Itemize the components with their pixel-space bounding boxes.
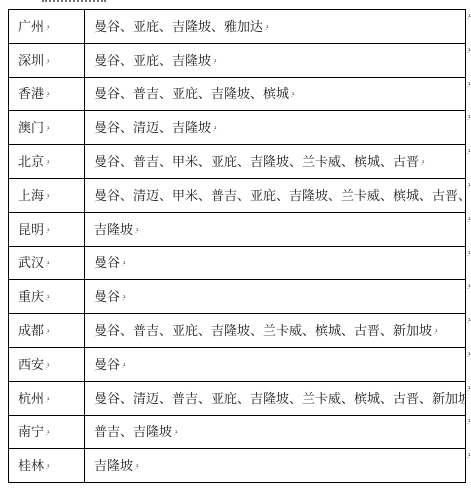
row-end-paragraph-mark-icon: .¹ (467, 284, 469, 291)
row-end-paragraph-mark-icon: .¹ (467, 217, 469, 224)
paragraph-mark-icon: .¹ (213, 126, 215, 133)
paragraph-mark-icon: .¹ (46, 329, 48, 336)
table-row: 上海.¹曼谷、清迈、甲米、普吉、亚庇、吉隆坡、兰卡威、槟城、古晋、新加坡.¹ (9, 178, 466, 212)
paragraph-mark-icon: .¹ (122, 363, 124, 370)
city-label: 北京 (18, 154, 44, 169)
city-label: 上海 (18, 188, 44, 203)
destinations-cell: 普吉、吉隆坡.¹ (85, 415, 466, 449)
destinations-text: 曼谷 (94, 255, 120, 270)
city-cell: 南宁.¹ (9, 415, 85, 449)
paragraph-mark-icon: .¹ (46, 363, 48, 370)
table-row: 重庆.¹曼谷.¹ (9, 280, 466, 314)
paragraph-mark-icon: .¹ (213, 59, 215, 66)
city-label: 桂林 (18, 458, 44, 473)
paragraph-mark-icon: .¹ (46, 92, 48, 99)
row-end-paragraph-mark-icon: .¹ (467, 386, 469, 393)
page: { "decorations": { "dotted_underline_col… (0, 0, 471, 489)
row-end-paragraph-mark-icon: .¹ (467, 318, 469, 325)
destinations-text: 曼谷、普吉、亚庇、吉隆坡、槟城 (94, 86, 289, 101)
paragraph-mark-icon: .¹ (46, 464, 48, 471)
destinations-cell: 吉隆坡.¹ (85, 212, 466, 246)
row-end-paragraph-mark-icon: .¹ (467, 14, 469, 21)
destinations-text: 曼谷、亚庇、吉隆坡、雅加达 (94, 19, 263, 34)
city-cell: 杭州.¹ (9, 381, 85, 415)
row-end-paragraph-mark-icon: .¹ (467, 352, 469, 359)
destinations-text: 曼谷 (94, 357, 120, 372)
paragraph-mark-icon: .¹ (421, 160, 423, 167)
destinations-text: 曼谷、普吉、亚庇、吉隆坡、兰卡威、槟城、古晋、新加坡 (94, 323, 432, 338)
city-cell: 西安.¹ (9, 347, 85, 381)
table-body: 广州.¹曼谷、亚庇、吉隆坡、雅加达.¹深圳.¹曼谷、亚庇、吉隆坡.¹香港.¹曼谷… (9, 10, 466, 483)
city-cell: 澳门.¹ (9, 111, 85, 145)
destinations-cell: 曼谷.¹ (85, 280, 466, 314)
city-label: 昆明 (18, 222, 44, 237)
city-destinations-table: 广州.¹曼谷、亚庇、吉隆坡、雅加达.¹深圳.¹曼谷、亚庇、吉隆坡.¹香港.¹曼谷… (8, 9, 466, 483)
city-label: 成都 (18, 323, 44, 338)
city-cell: 深圳.¹ (9, 43, 85, 77)
table-row: 澳门.¹曼谷、清迈、吉隆坡.¹ (9, 111, 466, 145)
destinations-text: 吉隆坡 (94, 458, 133, 473)
city-label: 南宁 (18, 424, 44, 439)
city-cell: 广州.¹ (9, 10, 85, 44)
row-end-paragraph-mark-icon: .¹ (467, 419, 469, 426)
destinations-cell: 曼谷、清迈、普吉、亚庇、吉隆坡、兰卡威、槟城、古晋、新加坡.¹ (85, 381, 466, 415)
city-label: 广州 (18, 19, 44, 34)
city-cell: 北京.¹ (9, 145, 85, 179)
table-row: 武汉.¹曼谷.¹ (9, 246, 466, 280)
paragraph-mark-icon: .¹ (46, 126, 48, 133)
paragraph-mark-icon: .¹ (46, 261, 48, 268)
row-end-paragraph-mark-icon: .¹ (467, 251, 469, 258)
dotted-underline-fragment (42, 0, 106, 2)
row-end-paragraph-mark-icon: .¹ (467, 82, 469, 89)
paragraph-mark-icon: .¹ (46, 194, 48, 201)
paragraph-mark-icon: .¹ (174, 430, 176, 437)
destinations-cell: 曼谷、普吉、亚庇、吉隆坡、兰卡威、槟城、古晋、新加坡.¹ (85, 314, 466, 348)
table-row: 杭州.¹曼谷、清迈、普吉、亚庇、吉隆坡、兰卡威、槟城、古晋、新加坡.¹ (9, 381, 466, 415)
city-label: 重庆 (18, 289, 44, 304)
paragraph-mark-icon: .¹ (122, 295, 124, 302)
table-row: 深圳.¹曼谷、亚庇、吉隆坡.¹ (9, 43, 466, 77)
row-end-paragraph-mark-icon: .¹ (467, 149, 469, 156)
city-cell: 香港.¹ (9, 77, 85, 111)
destinations-cell: 曼谷、普吉、甲米、亚庇、吉隆坡、兰卡威、槟城、古晋.¹ (85, 145, 466, 179)
paragraph-mark-icon: .¹ (434, 329, 436, 336)
destinations-cell: 曼谷、清迈、甲米、普吉、亚庇、吉隆坡、兰卡威、槟城、古晋、新加坡.¹ (85, 178, 466, 212)
destinations-cell: 曼谷、普吉、亚庇、吉隆坡、槟城.¹ (85, 77, 466, 111)
row-end-paragraph-mark-icon: .¹ (467, 48, 469, 55)
city-label: 杭州 (18, 391, 44, 406)
table-row: 桂林.¹吉隆坡.¹ (9, 449, 466, 483)
paragraph-mark-icon: .¹ (46, 160, 48, 167)
destinations-text: 吉隆坡 (94, 222, 133, 237)
city-cell: 昆明.¹ (9, 212, 85, 246)
destinations-text: 曼谷、清迈、甲米、普吉、亚庇、吉隆坡、兰卡威、槟城、古晋、新加坡 (94, 188, 466, 203)
city-cell: 上海.¹ (9, 178, 85, 212)
paragraph-mark-icon: .¹ (291, 92, 293, 99)
city-cell: 武汉.¹ (9, 246, 85, 280)
paragraph-mark-icon: .¹ (265, 25, 267, 32)
table-row: 北京.¹曼谷、普吉、甲米、亚庇、吉隆坡、兰卡威、槟城、古晋.¹ (9, 145, 466, 179)
destinations-text: 曼谷、亚庇、吉隆坡 (94, 53, 211, 68)
destinations-cell: 曼谷、亚庇、吉隆坡、雅加达.¹ (85, 10, 466, 44)
paragraph-mark-icon: .¹ (46, 228, 48, 235)
paragraph-mark-icon: .¹ (122, 261, 124, 268)
destinations-text: 普吉、吉隆坡 (94, 424, 172, 439)
destinations-text: 曼谷、普吉、甲米、亚庇、吉隆坡、兰卡威、槟城、古晋 (94, 154, 419, 169)
table-row: 成都.¹曼谷、普吉、亚庇、吉隆坡、兰卡威、槟城、古晋、新加坡.¹ (9, 314, 466, 348)
row-end-paragraph-mark-icon: .¹ (467, 115, 469, 122)
destinations-text: 曼谷、清迈、吉隆坡 (94, 120, 211, 135)
destinations-cell: 曼谷、亚庇、吉隆坡.¹ (85, 43, 466, 77)
paragraph-mark-icon: .¹ (46, 25, 48, 32)
row-end-paragraph-mark-icon: .¹ (467, 183, 469, 190)
destinations-cell: 曼谷.¹ (85, 246, 466, 280)
paragraph-mark-icon: .¹ (46, 430, 48, 437)
city-label: 西安 (18, 357, 44, 372)
table-row: 昆明.¹吉隆坡.¹ (9, 212, 466, 246)
paragraph-mark-icon: .¹ (46, 59, 48, 66)
destinations-cell: 曼谷.¹ (85, 347, 466, 381)
city-label: 武汉 (18, 255, 44, 270)
paragraph-mark-icon: .¹ (135, 464, 137, 471)
city-label: 香港 (18, 86, 44, 101)
paragraph-mark-icon: .¹ (46, 295, 48, 302)
table-row: 南宁.¹普吉、吉隆坡.¹ (9, 415, 466, 449)
table-row: 香港.¹曼谷、普吉、亚庇、吉隆坡、槟城.¹ (9, 77, 466, 111)
row-end-paragraph-mark-icon: .¹ (467, 453, 469, 460)
city-cell: 桂林.¹ (9, 449, 85, 483)
city-cell: 成都.¹ (9, 314, 85, 348)
destinations-cell: 曼谷、清迈、吉隆坡.¹ (85, 111, 466, 145)
destinations-text: 曼谷、清迈、普吉、亚庇、吉隆坡、兰卡威、槟城、古晋、新加坡 (94, 391, 466, 406)
destinations-cell: 吉隆坡.¹ (85, 449, 466, 483)
paragraph-mark-icon: .¹ (135, 228, 137, 235)
table-row: 西安.¹曼谷.¹ (9, 347, 466, 381)
destinations-text: 曼谷 (94, 289, 120, 304)
city-cell: 重庆.¹ (9, 280, 85, 314)
city-label: 深圳 (18, 53, 44, 68)
table-row: 广州.¹曼谷、亚庇、吉隆坡、雅加达.¹ (9, 10, 466, 44)
paragraph-mark-icon: .¹ (46, 397, 48, 404)
city-label: 澳门 (18, 120, 44, 135)
